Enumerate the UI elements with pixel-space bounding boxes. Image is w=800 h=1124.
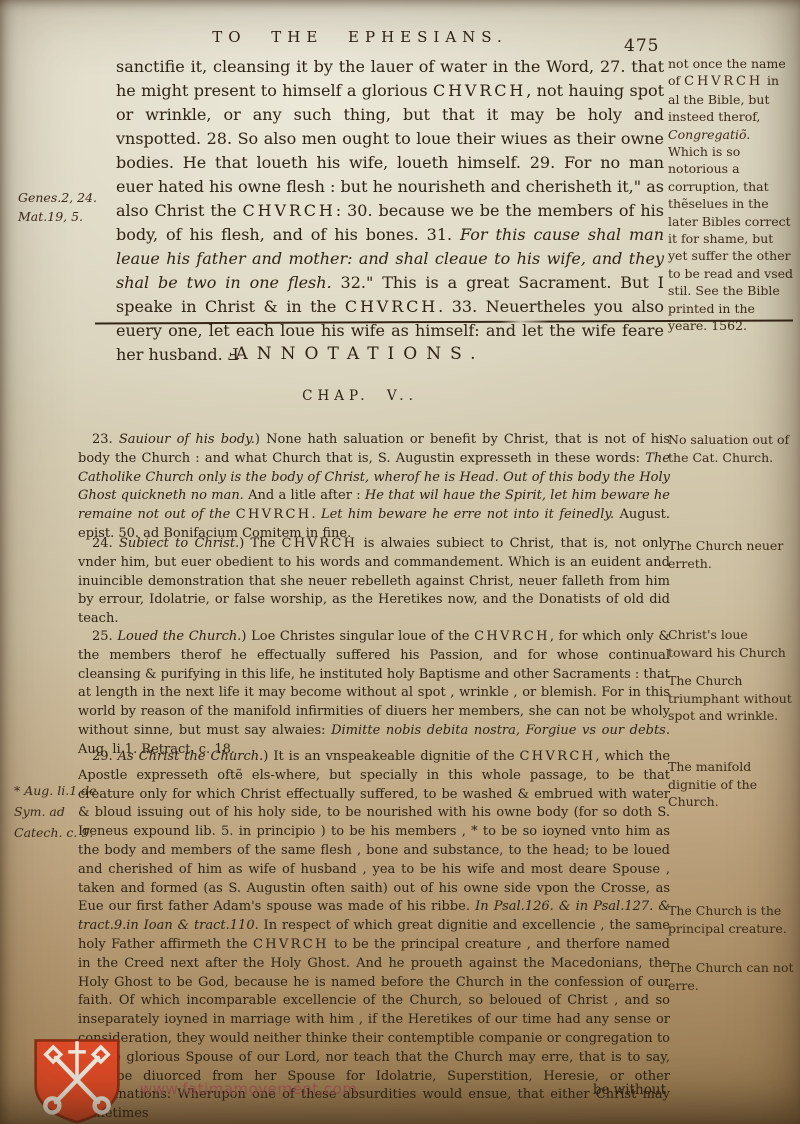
annotation-verse-29: 29. As Christ the Church.) It is an vnsp… (78, 748, 670, 1124)
margin-ref-genesis-matthew: Genes.2, 24. Mat.19, 5. (18, 188, 112, 226)
margin-note-principal-creature: The Church is the principal creature. (668, 902, 794, 937)
watermark-url: www.fatimamovement.com (140, 1080, 357, 1098)
annotation-verse-25: 25. Loued the Church.) Loe Christes sing… (78, 628, 670, 760)
page-number: 475 (624, 36, 659, 56)
margin-note-no-saluation: No saluation out of the Cat. Church. (668, 431, 794, 466)
margin-note-christs-loue: Christ's loue toward his Church (668, 626, 794, 661)
chapter-heading: CHAP. V.. (150, 388, 570, 404)
margin-note-church-triumphant: The Church triumphant without spot and w… (668, 672, 794, 725)
annotations-heading: ANNOTATIONS. (150, 344, 570, 364)
annotation-verse-23: 23. Sauiour of his body.) None hath salu… (78, 431, 670, 544)
scanned-book-page: TO THE EPHESIANS. 475 sanctifie it, clea… (0, 0, 800, 1124)
fatima-movement-crest-icon (24, 1036, 130, 1124)
margin-note-can-not-erre: The Church can not erre. (668, 959, 794, 994)
running-head: TO THE EPHESIANS. (150, 28, 570, 46)
annotation-verse-24: 24. Subiect to Christ.) The CHVRCH is al… (78, 535, 670, 629)
margin-note-church-neuer-erreth: The Church neuer erreth. (668, 537, 794, 572)
catchword: be without (540, 1082, 666, 1098)
margin-note-chvrch-corruption: not once the name of CHVRCH in al the Bi… (668, 55, 794, 335)
margin-note-manifold-dignitie: The manifold dignitie of the Church. (668, 758, 794, 811)
